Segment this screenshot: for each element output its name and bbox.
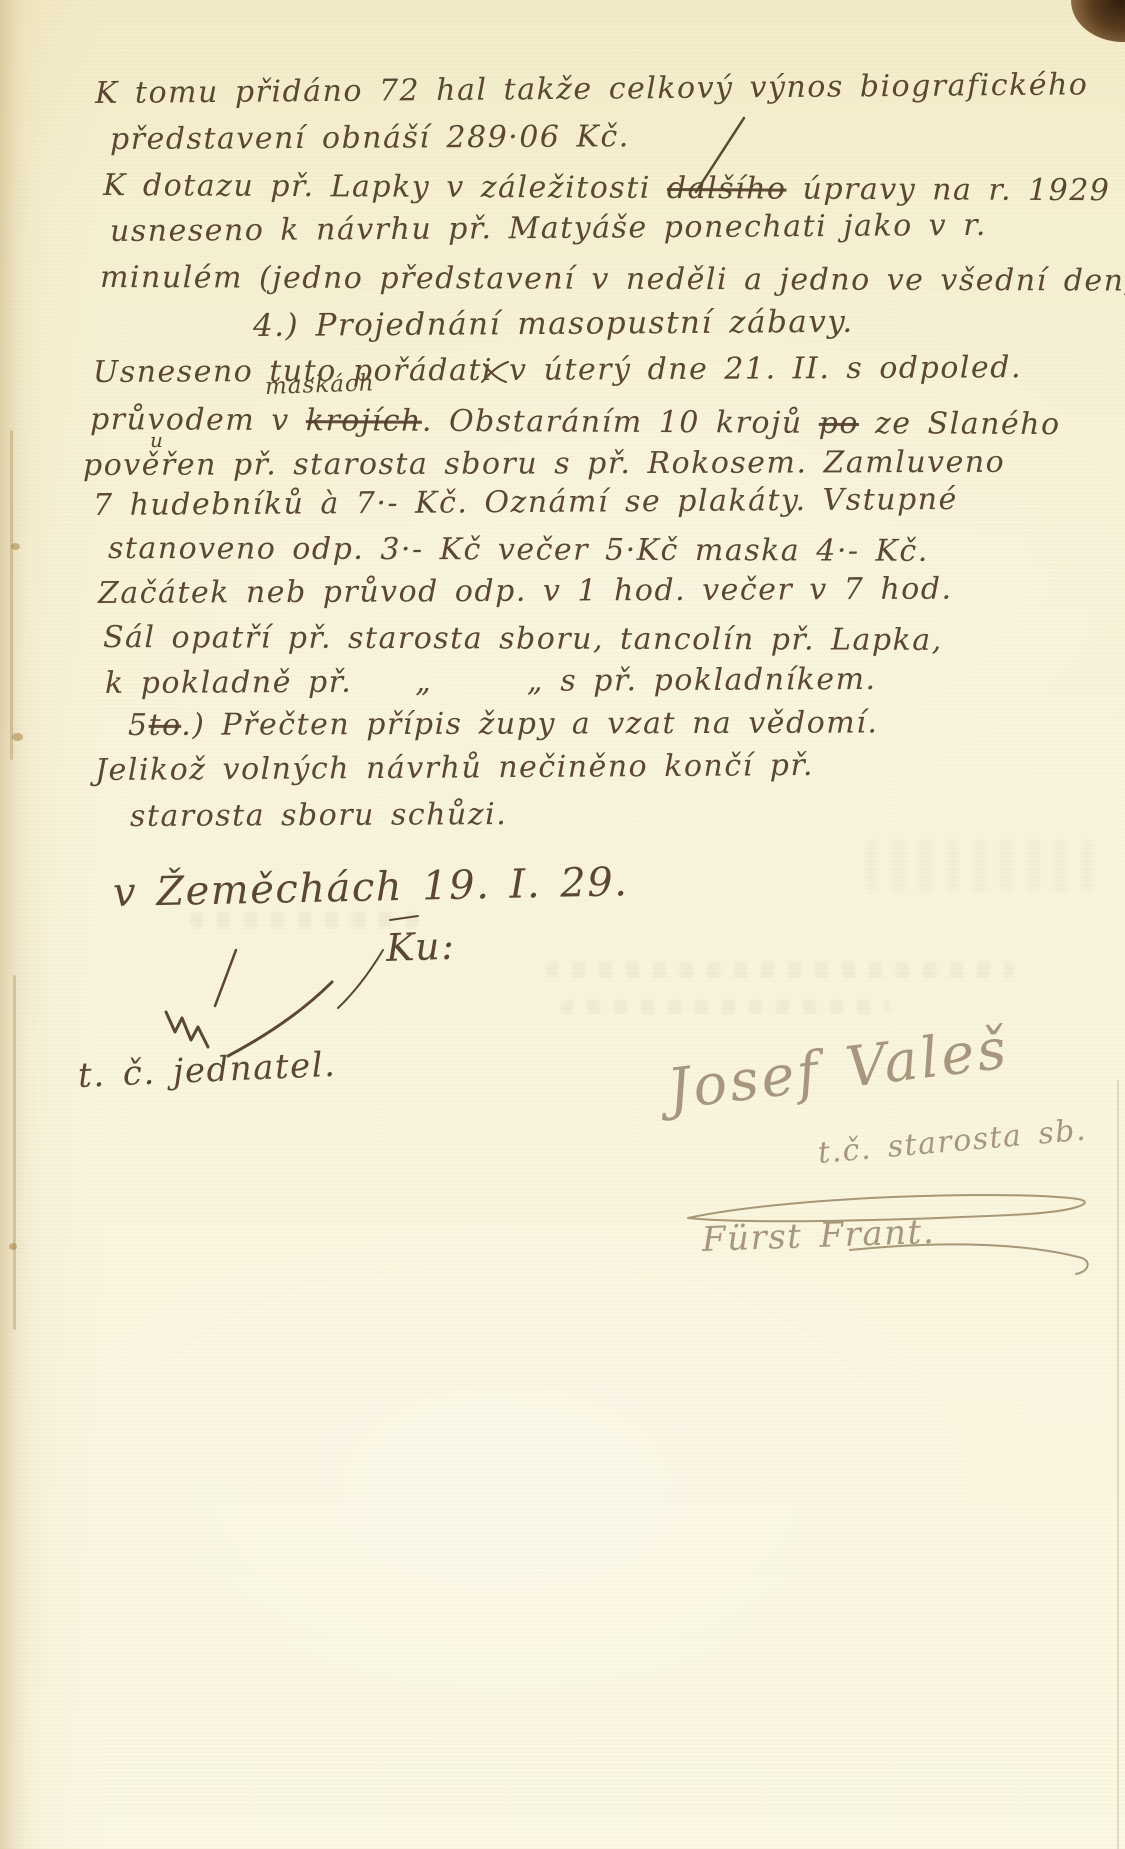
line-fragment: úpravy na r. 1929 [786,172,1110,209]
handwritten-line: Sál opatří př. starosta sboru, tancolín … [103,620,943,658]
bleed-through-smudge [865,840,1095,892]
item4-heading: 4.) Projednání masopustní zábavy. [253,304,854,344]
ink-stroke [338,950,383,1008]
line-fragment: K dotazu př. Lapky v záležitosti [103,168,667,206]
handwritten-line: představení obnáší 289·06 Kč. [110,119,630,157]
signature-title-starosta: t.č. starosta sb. [816,1113,1088,1171]
struck-word: po [819,406,859,441]
manuscript-page: K tomu přidáno 72 hal takže celkový výno… [0,0,1125,1849]
item-number: 5 [128,708,149,743]
bleed-through-smudge [545,962,1015,978]
bent-corner [1071,0,1125,42]
handwritten-line: pověřen př. starosta sboru s př. Rokosem… [83,445,1005,483]
handwritten-line: k pokladně př. „ „ s př. pokladníkem. [105,662,877,701]
date-month-underline [390,916,418,920]
ink-spot [11,543,20,550]
handwritten-line: stanoveno odp. 3·- Kč večer 5·Kč maska 4… [108,531,929,569]
item5-line: 5to.) Přečten přípis župy a vzat na vědo… [128,705,878,743]
binding-crease-line [10,430,13,760]
inserted-word-above: maskách [265,370,376,400]
signature-furst-frant: Fürst Frant. [701,1212,935,1260]
line-fragment: průvodem v [90,402,306,438]
line-fragment: ze Slaného [859,406,1061,442]
binding-crease-line [13,975,16,1330]
date-line: v Žeměchách 19. I. 29. [113,859,629,916]
ink-spot [9,1243,17,1250]
struck-word: dalšího [667,171,787,207]
bleed-through-smudge [560,1000,890,1014]
handwritten-line: Usneseno tuto pořádati v úterý dne 21. I… [93,350,1022,390]
page-edge-line [1117,1080,1119,1849]
ink-stroke [215,950,236,1006]
handwritten-line: usneseno k návrhu př. Matyáše ponechati … [110,208,987,249]
handwritten-line: Začátek neb průvod odp. v 1 hod. večer v… [98,572,953,611]
handwritten-line: minulém (jedno představení v neděli a je… [100,260,1125,299]
handwritten-line: průvodem v krojích. Obstaráním 10 krojů … [90,402,1061,442]
struck-word: to [149,708,182,743]
squiggle-flourish [166,1012,208,1047]
ink-spot [12,733,23,741]
secretary-title: t. č. jednatel. [77,1045,337,1096]
line-fragment: . Obstaráním 10 krojů [422,404,819,441]
binding-edge [0,0,26,1849]
handwritten-line: K dotazu př. Lapky v záležitosti dalšího… [103,168,1111,208]
clerk-initials: Ku: [385,924,456,970]
signature-josef-vales: Josef Valeš [664,1016,1012,1122]
struck-word: krojích [306,403,422,439]
line-fragment: .) Přečten přípis župy a vzat na vědomí. [181,705,878,742]
handwritten-line: 7 hudebníků à 7·- Kč. Oznámí se plakáty.… [93,482,958,523]
handwritten-line: Jelikož volných návrhů nečiněno končí př… [95,748,814,788]
handwritten-line: starosta sboru schůzi. [130,797,507,834]
handwritten-line: K tomu přidáno 72 hal takže celkový výno… [95,67,1089,111]
